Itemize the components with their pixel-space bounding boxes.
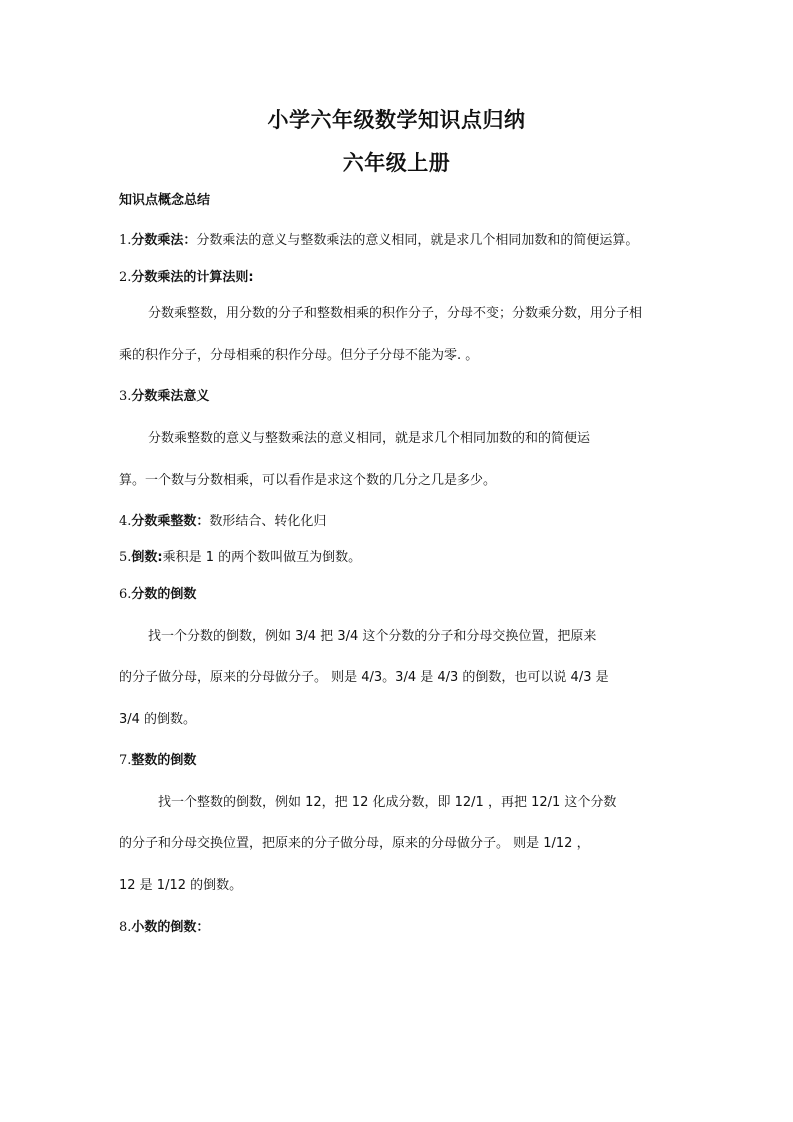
- item-heading: 分数乘法意义: [131, 389, 209, 404]
- paragraph-line: 3/4 的倒数。: [119, 712, 196, 728]
- item-heading: 分数乘法：: [131, 233, 196, 248]
- paragraph-line: 算。一个数与分数相乘，可以看作是求这个数的几分之几是多少。: [119, 473, 496, 489]
- item-text: 分数乘法的意义与整数乘法的意义相同，就是求几个相同加数和的简便运算。: [196, 233, 638, 248]
- paragraph-line: 找一个整数的倒数，例如 12，把 12 化成分数，即 12/1 ，再把 12/1…: [158, 795, 616, 811]
- item-7: 7.整数的倒数: [119, 753, 196, 769]
- paragraph-line: 分数乘整数的意义与整数乘法的意义相同，就是求几个相同加数的和的简便运: [148, 431, 590, 447]
- document-page: 小学六年级数学知识点归纳 六年级上册 知识点概念总结 1.分数乘法：分数乘法的意…: [0, 0, 793, 1122]
- item-text: 数形结合、转化化归: [209, 514, 326, 529]
- item-number: 7.: [119, 753, 131, 768]
- paragraph-line: 分数乘整数，用分数的分子和整数相乘的积作分子，分母不变；分数乘分数，用分子相: [148, 306, 642, 322]
- item-3: 3.分数乘法意义: [119, 389, 209, 405]
- item-number: 2.: [119, 270, 131, 285]
- document-title: 小学六年级数学知识点归纳: [0, 104, 793, 134]
- item-heading: 倒数:: [131, 550, 162, 565]
- item-number: 1.: [119, 233, 131, 248]
- item-heading: 整数的倒数: [131, 753, 196, 768]
- item-heading: 分数的倒数: [131, 587, 196, 602]
- paragraph-line: 12 是 1/12 的倒数。: [119, 878, 242, 894]
- item-1: 1.分数乘法：分数乘法的意义与整数乘法的意义相同，就是求几个相同加数和的简便运算…: [119, 233, 638, 249]
- paragraph-line: 乘的积作分子，分母相乘的积作分母。但分子分母不能为零. 。: [119, 348, 478, 364]
- item-5: 5.倒数:乘积是 1 的两个数叫做互为倒数。: [119, 550, 361, 566]
- item-8: 8.小数的倒数：: [119, 920, 209, 936]
- item-number: 3.: [119, 389, 131, 404]
- item-2: 2.分数乘法的计算法则:: [119, 270, 254, 286]
- paragraph-line: 的分子和分母交换位置，把原来的分子做分母，原来的分母做分子。 则是 1/12 ，: [119, 836, 590, 852]
- item-number: 4.: [119, 514, 131, 529]
- section-heading: 知识点概念总结: [119, 193, 210, 209]
- item-number: 5.: [119, 550, 131, 565]
- item-4: 4.分数乘整数：数形结合、转化化归: [119, 514, 326, 530]
- document-subtitle: 六年级上册: [0, 147, 793, 177]
- item-heading: 分数乘法的计算法则:: [131, 270, 253, 285]
- item-number: 6.: [119, 587, 131, 602]
- item-heading: 小数的倒数：: [131, 920, 209, 935]
- paragraph-line: 的分子做分母，原来的分母做分子。 则是 4/3。3/4 是 4/3 的倒数，也可…: [119, 670, 609, 686]
- item-text: 乘积是 1 的两个数叫做互为倒数。: [163, 550, 362, 565]
- paragraph-line: 找一个分数的倒数，例如 3/4 把 3/4 这个分数的分子和分母交换位置，把原来: [148, 629, 596, 645]
- item-6: 6.分数的倒数: [119, 587, 196, 603]
- item-number: 8.: [119, 920, 131, 935]
- item-heading: 分数乘整数：: [131, 514, 209, 529]
